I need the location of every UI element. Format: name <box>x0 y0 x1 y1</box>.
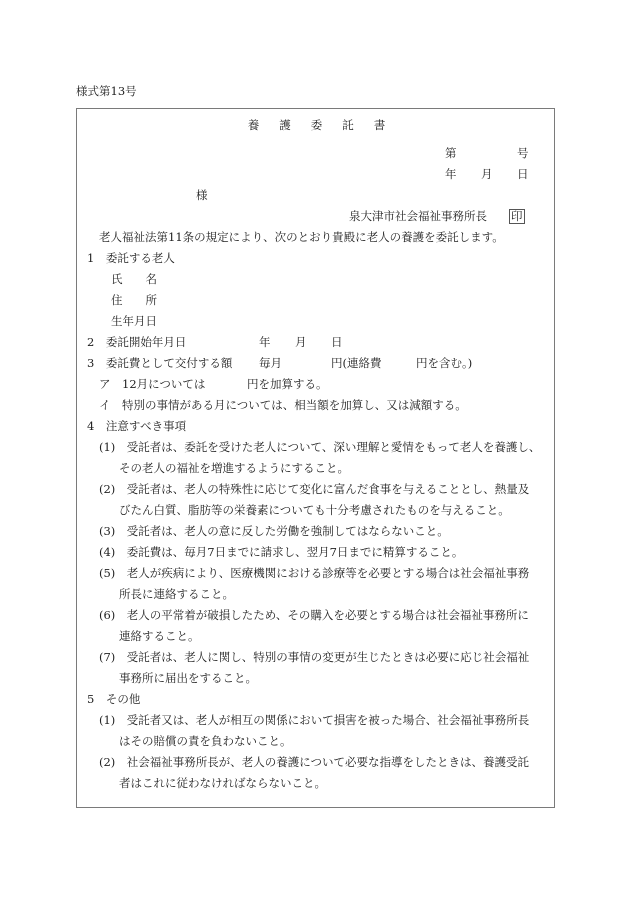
section4-item3: (3) 受託者は、老人の意に反した労働を強制してはならないこと。 <box>99 524 449 538</box>
section3-monthly: 毎月 <box>259 356 282 370</box>
date-day: 日 <box>517 167 529 181</box>
section4-item6-line2: 連絡すること。 <box>119 629 200 643</box>
section3-yen: 円(連絡費 <box>331 356 382 370</box>
section1-heading: 1 委託する老人 <box>87 251 175 265</box>
section5-item1-line1: (1) 受託者又は、老人が相互の関係において損害を被った場合、社会福祉事務所長 <box>99 713 529 727</box>
issuer-line: 泉大津市社会福祉事務所長印 <box>349 209 525 224</box>
section4-heading: 4 注意すべき事項 <box>87 419 186 433</box>
section5-heading: 5 その他 <box>87 692 140 706</box>
section4-item5-line1: (5) 老人が疾病により、医療機関における診療等を必要とする場合は社会福祉事務 <box>99 566 529 580</box>
section4-item1-line1: (1) 受託者は、委託を受けた老人について、深い理解と愛情をもって老人を養護し、 <box>99 440 540 454</box>
field-address-label: 住 所 <box>111 293 157 307</box>
section3-item-a-text: 円を加算する。 <box>247 377 328 391</box>
section3-item-a-label: ア 12月については <box>99 377 205 391</box>
field-name-label: 氏 名 <box>111 272 157 286</box>
section5-item1-line2: はその賠償の責を負わないこと。 <box>119 734 292 748</box>
section4-item5-line2: 所長に連絡すること。 <box>119 587 234 601</box>
doc-number-suffix: 号 <box>517 146 529 160</box>
section4-item1-line2: その老人の福祉を増進するようにすること。 <box>119 461 349 475</box>
addressee-suffix: 様 <box>196 188 208 202</box>
issuer-name: 泉大津市社会福祉事務所長 <box>349 209 487 223</box>
date-year: 年 <box>445 167 457 181</box>
date-month: 月 <box>481 167 493 181</box>
document-title: 養護委託書 <box>77 118 556 132</box>
section3-heading: 3 委託費として交付する額 <box>87 356 232 370</box>
section3-yen-incl: 円を含む。) <box>416 356 472 370</box>
form-number: 様式第13号 <box>76 83 137 99</box>
section2-year: 年 <box>259 335 271 349</box>
section2-month: 月 <box>295 335 307 349</box>
field-birthdate-label: 生年月日 <box>111 314 157 328</box>
section4-item2-line2: びたん白質、脂肪等の栄養素についても十分考慮されたものを与えること。 <box>119 503 510 517</box>
doc-number-prefix: 第 <box>445 146 457 160</box>
section5-item2-line1: (2) 社会福祉事務所長が、老人の養護について必要な指導をしたときは、養護受託 <box>99 755 529 769</box>
section2-day: 日 <box>331 335 343 349</box>
seal-mark: 印 <box>509 209 525 224</box>
section5-item2-line2: 者はこれに従わなければならないこと。 <box>119 776 326 790</box>
section4-item2-line1: (2) 受託者は、老人の特殊性に応じて変化に富んだ食事を与えることとし、熱量及 <box>99 482 529 496</box>
section2-heading: 2 委託開始年月日 <box>87 335 186 349</box>
preamble: 老人福祉法第11条の規定により、次のとおり貴殿に老人の養護を委託します。 <box>99 230 504 244</box>
document-frame: 養護委託書 第 号 年 月 日 様 泉大津市社会福祉事務所長印 老人福祉法第11… <box>76 108 555 808</box>
section3-item-i: イ 特別の事情がある月については、相当額を加算し、又は減額する。 <box>99 398 467 412</box>
section4-item6-line1: (6) 老人の平常着が破損したため、その購入を必要とする場合は社会福祉事務所に <box>99 608 529 622</box>
section4-item7-line1: (7) 受託者は、老人に関し、特別の事情の変更が生じたときは必要に応じ社会福祉 <box>99 650 529 664</box>
section4-item4: (4) 委託費は、毎月7日までに請求し、翌月7日までに精算すること。 <box>99 545 463 559</box>
section4-item7-line2: 事務所に届出をすること。 <box>119 671 257 685</box>
